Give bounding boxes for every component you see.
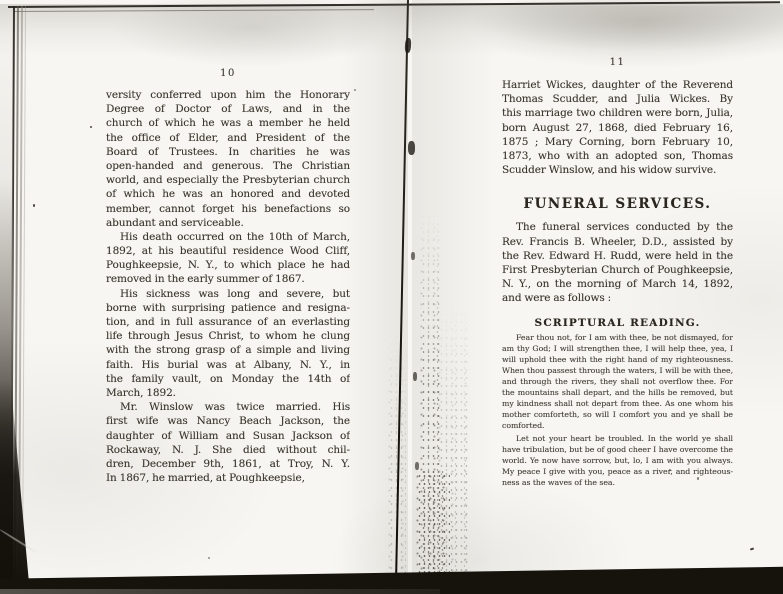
text-line: Rockaway, N. J. She died without chil- <box>106 443 350 457</box>
page-number-left: 10 <box>106 68 350 79</box>
text-line: daughter of William and Susan Jackson of <box>106 429 350 443</box>
text-line: The funeral services conducted by the <box>502 220 733 234</box>
text-line: My peace I give with you, peace as a riv… <box>502 467 733 478</box>
gutter-mark <box>415 462 419 470</box>
scan-speck <box>354 89 356 91</box>
text-line: am thy God; I will strengthen thee, I wi… <box>502 344 733 355</box>
text-line: with the strong grasp of a simple and li… <box>106 343 350 357</box>
text-line: world. Ye now have sorrow, but, lo, I am… <box>502 456 733 467</box>
text-line: life through Jesus Christ, to whom he cl… <box>106 329 350 343</box>
paragraph: The funeral services conducted by theRev… <box>502 220 733 305</box>
scan-speck <box>33 204 35 207</box>
text-line: Rev. Francis B. Wheeler, D.D., assisted … <box>502 235 733 249</box>
gutter-mark <box>408 141 415 155</box>
paragraph: His sickness was long and severe, butbor… <box>106 287 350 401</box>
text-line: comforted. <box>502 421 733 432</box>
text-line: March, 1892. <box>106 386 350 400</box>
book-gutter-line <box>395 0 409 585</box>
text-line: abundant and serviceable. <box>106 216 350 230</box>
gutter-mark <box>404 38 411 53</box>
text-line: open-handed and generous. The Christian <box>106 159 350 173</box>
subsection-heading: SCRIPTURAL READING. <box>502 317 733 329</box>
gutter-speckle <box>388 330 406 582</box>
scan-speck <box>750 547 754 550</box>
page-edge-line <box>22 6 26 584</box>
paragraph: Fear thou not, for I am with thee, be no… <box>502 333 733 431</box>
scan-speck <box>208 557 210 559</box>
text-line: Poughkeepsie, N. Y., to which place he h… <box>106 258 350 272</box>
text-line: mother comforteth, so will I comfort you… <box>502 410 733 421</box>
text-line: of which he was an honored and devoted <box>106 187 350 201</box>
paragraph: versity conferred upon him the HonoraryD… <box>106 88 350 230</box>
paragraph: Mr. Winslow was twice married. Hisfirst … <box>106 400 350 485</box>
text-line: this marriage two children were born, Ju… <box>502 106 733 120</box>
text-line: and through the rivers, they shall not o… <box>502 377 733 388</box>
text-line: 1892, at his beautiful residence Wood Cl… <box>106 244 350 258</box>
text-line: His death occurred on the 10th of March, <box>106 230 350 244</box>
page-edge-line <box>14 6 19 584</box>
text-line: borne with surprising patience and resig… <box>106 301 350 315</box>
text-line: the office of Elder, and President of th… <box>106 131 350 145</box>
text-line: First Presbyterian Church of Poughkeepsi… <box>502 263 733 277</box>
text-line: Let not your heart be troubled. In the w… <box>502 434 733 445</box>
text-line: Mr. Winslow was twice married. His <box>106 400 350 414</box>
book-scan: 10 versity conferred upon him the Honora… <box>0 0 783 594</box>
text-line: will uphold thee with the right hand of … <box>502 355 733 366</box>
paragraph: His death occurred on the 10th of March,… <box>106 230 350 287</box>
page-top-edge-line <box>8 1 780 8</box>
bottom-scan-gray <box>0 589 440 594</box>
text-line: world, and especially the Presbyterian c… <box>106 173 350 187</box>
left-corner-shadow <box>0 380 30 594</box>
text-line: Harriet Wickes, daughter of the Reverend <box>502 78 733 92</box>
text-line: In 1867, he married, at Poughkeepsie, <box>106 471 350 485</box>
text-line: dren, December 9th, 1861, at Troy, N. Y. <box>106 457 350 471</box>
text-line: 1873, who with an adopted son, Thomas <box>502 149 733 163</box>
bottom-scan-band <box>0 560 783 594</box>
page-edge-line <box>18 6 23 584</box>
text-line: His sickness was long and severe, but <box>106 287 350 301</box>
text-line: born August 27, 1868, died February 16, <box>502 121 733 135</box>
text-line: tion, and in full assurance of an everla… <box>106 315 350 329</box>
left-margin-shadow <box>0 0 13 594</box>
text-line: the mountains shall depart, and the hill… <box>502 388 733 399</box>
paragraph: Let not your heart be troubled. In the w… <box>502 434 733 488</box>
top-scan-shade <box>0 4 783 56</box>
left-page-gutter-shade <box>340 0 408 578</box>
right-page-text-column: Harriet Wickes, daughter of the Reverend… <box>502 78 733 489</box>
text-line: Thomas Scudder, and Julia Wickes. By <box>502 92 733 106</box>
text-line: first wife was Nancy Beach Jackson, the <box>106 414 350 428</box>
text-line: Fear thou not, for I am with thee, be no… <box>502 333 733 344</box>
text-line: and were as follows : <box>502 291 733 305</box>
left-page-text-column: versity conferred upon him the HonoraryD… <box>106 88 350 485</box>
paragraph: Harriet Wickes, daughter of the Reverend… <box>502 78 733 177</box>
page-top-edge-line-2 <box>14 9 374 12</box>
text-line: Degree of Doctor of Laws, and in the <box>106 102 350 116</box>
gutter-mark <box>411 252 415 260</box>
page-number-right: 11 <box>502 57 733 68</box>
gutter-speckle <box>438 300 468 582</box>
text-line: versity conferred upon him the Honorary <box>106 88 350 102</box>
text-line: have tribulation, but be of good cheer I… <box>502 445 733 456</box>
text-line: N. Y., on the morning of March 14, 1892, <box>502 277 733 291</box>
text-line: the Rev. Edward H. Rudd, were held in th… <box>502 249 733 263</box>
gutter-speckle <box>416 470 450 578</box>
text-line: ness as the waves of the sea. <box>502 478 733 489</box>
text-line: removed in the early summer of 1867. <box>106 272 350 286</box>
section-heading: FUNERAL SERVICES. <box>502 196 733 212</box>
page-curl-highlight <box>0 528 37 553</box>
top-scan-shade-right <box>430 6 783 52</box>
gutter-speckle <box>420 210 440 582</box>
page-edge-line <box>10 6 15 584</box>
right-page-gutter-shade <box>412 0 496 578</box>
text-line: Scudder Winslow, and his widow survive. <box>502 163 733 177</box>
text-line: When thou passest through the waters, I … <box>502 366 733 377</box>
text-line: Board of Trustees. In charities he was <box>106 145 350 159</box>
scan-speck <box>90 126 92 128</box>
text-line: member, cannot forget his benefactions s… <box>106 202 350 216</box>
gutter-mark <box>413 372 417 381</box>
text-line: faith. His burial was at Albany, N. Y., … <box>106 358 350 372</box>
text-line: 1875 ; Mary Corning, born February 10, <box>502 135 733 149</box>
text-line: the family vault, on Monday the 14th of <box>106 372 350 386</box>
text-line: my kindness shall not depart from thee. … <box>502 399 733 410</box>
text-line: church of which he was a member he held <box>106 116 350 130</box>
